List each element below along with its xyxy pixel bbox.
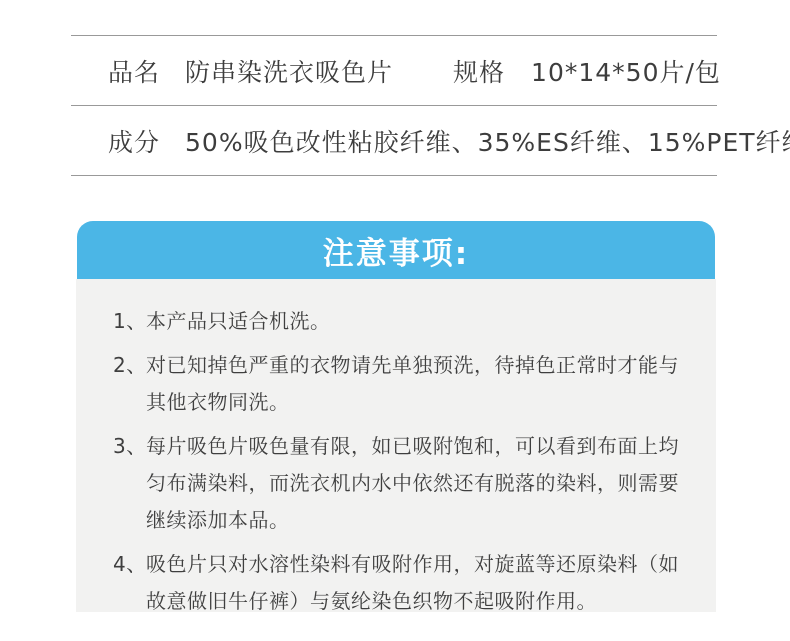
item-number: 2、	[113, 347, 146, 384]
notice-item-3: 3、 每片吸色片吸色量有限，如已吸附饱和，可以看到布面上均 匀布满染料，而洗衣机…	[113, 428, 686, 539]
notice-item-4: 4、 吸色片只对水溶性染料有吸附作用，对旋蓝等还原染料（如 故意做旧牛仔裤）与氨…	[113, 546, 686, 620]
notice-item-2: 2、 对已知掉色严重的衣物请先单独预洗，待掉色正常时才能与 其他衣物同洗。	[113, 347, 686, 421]
ingredients-label: 成分	[108, 123, 160, 159]
notice-title: 注意事项:	[323, 228, 469, 273]
item-text: 吸色片只对水溶性染料有吸附作用，对旋蓝等还原染料（如 故意做旧牛仔裤）与氨纶染色…	[146, 546, 679, 620]
notice-panel: 1、 本产品只适合机洗。 2、 对已知掉色严重的衣物请先单独预洗，待掉色正常时才…	[76, 279, 716, 612]
product-name-label: 品名	[108, 53, 160, 89]
notice-banner: 注意事项:	[77, 221, 715, 279]
item-text: 本产品只适合机洗。	[146, 303, 331, 340]
item-number: 4、	[113, 546, 146, 583]
product-detail-page: 品名 防串染洗衣吸色片 规格 10*14*50片/包 成分 50%吸色改性粘胶纤…	[0, 0, 790, 641]
product-name-value: 防串染洗衣吸色片	[185, 53, 393, 89]
spec-table: 品名 防串染洗衣吸色片 规格 10*14*50片/包 成分 50%吸色改性粘胶纤…	[71, 35, 717, 176]
item-number: 1、	[113, 303, 146, 340]
notice-item-1: 1、 本产品只适合机洗。	[113, 303, 686, 340]
item-number: 3、	[113, 428, 146, 465]
item-text: 对已知掉色严重的衣物请先单独预洗，待掉色正常时才能与 其他衣物同洗。	[146, 347, 679, 421]
spec-label: 规格	[453, 53, 505, 89]
ingredients-value: 50%吸色改性粘胶纤维、35%ES纤维、15%PET纤维	[185, 123, 790, 159]
spec-row-name: 品名 防串染洗衣吸色片 规格 10*14*50片/包	[71, 36, 717, 106]
item-text: 每片吸色片吸色量有限，如已吸附饱和，可以看到布面上均 匀布满染料，而洗衣机内水中…	[146, 428, 679, 539]
spec-row-ingredients: 成分 50%吸色改性粘胶纤维、35%ES纤维、15%PET纤维	[71, 106, 717, 176]
spec-value: 10*14*50片/包	[531, 53, 721, 89]
